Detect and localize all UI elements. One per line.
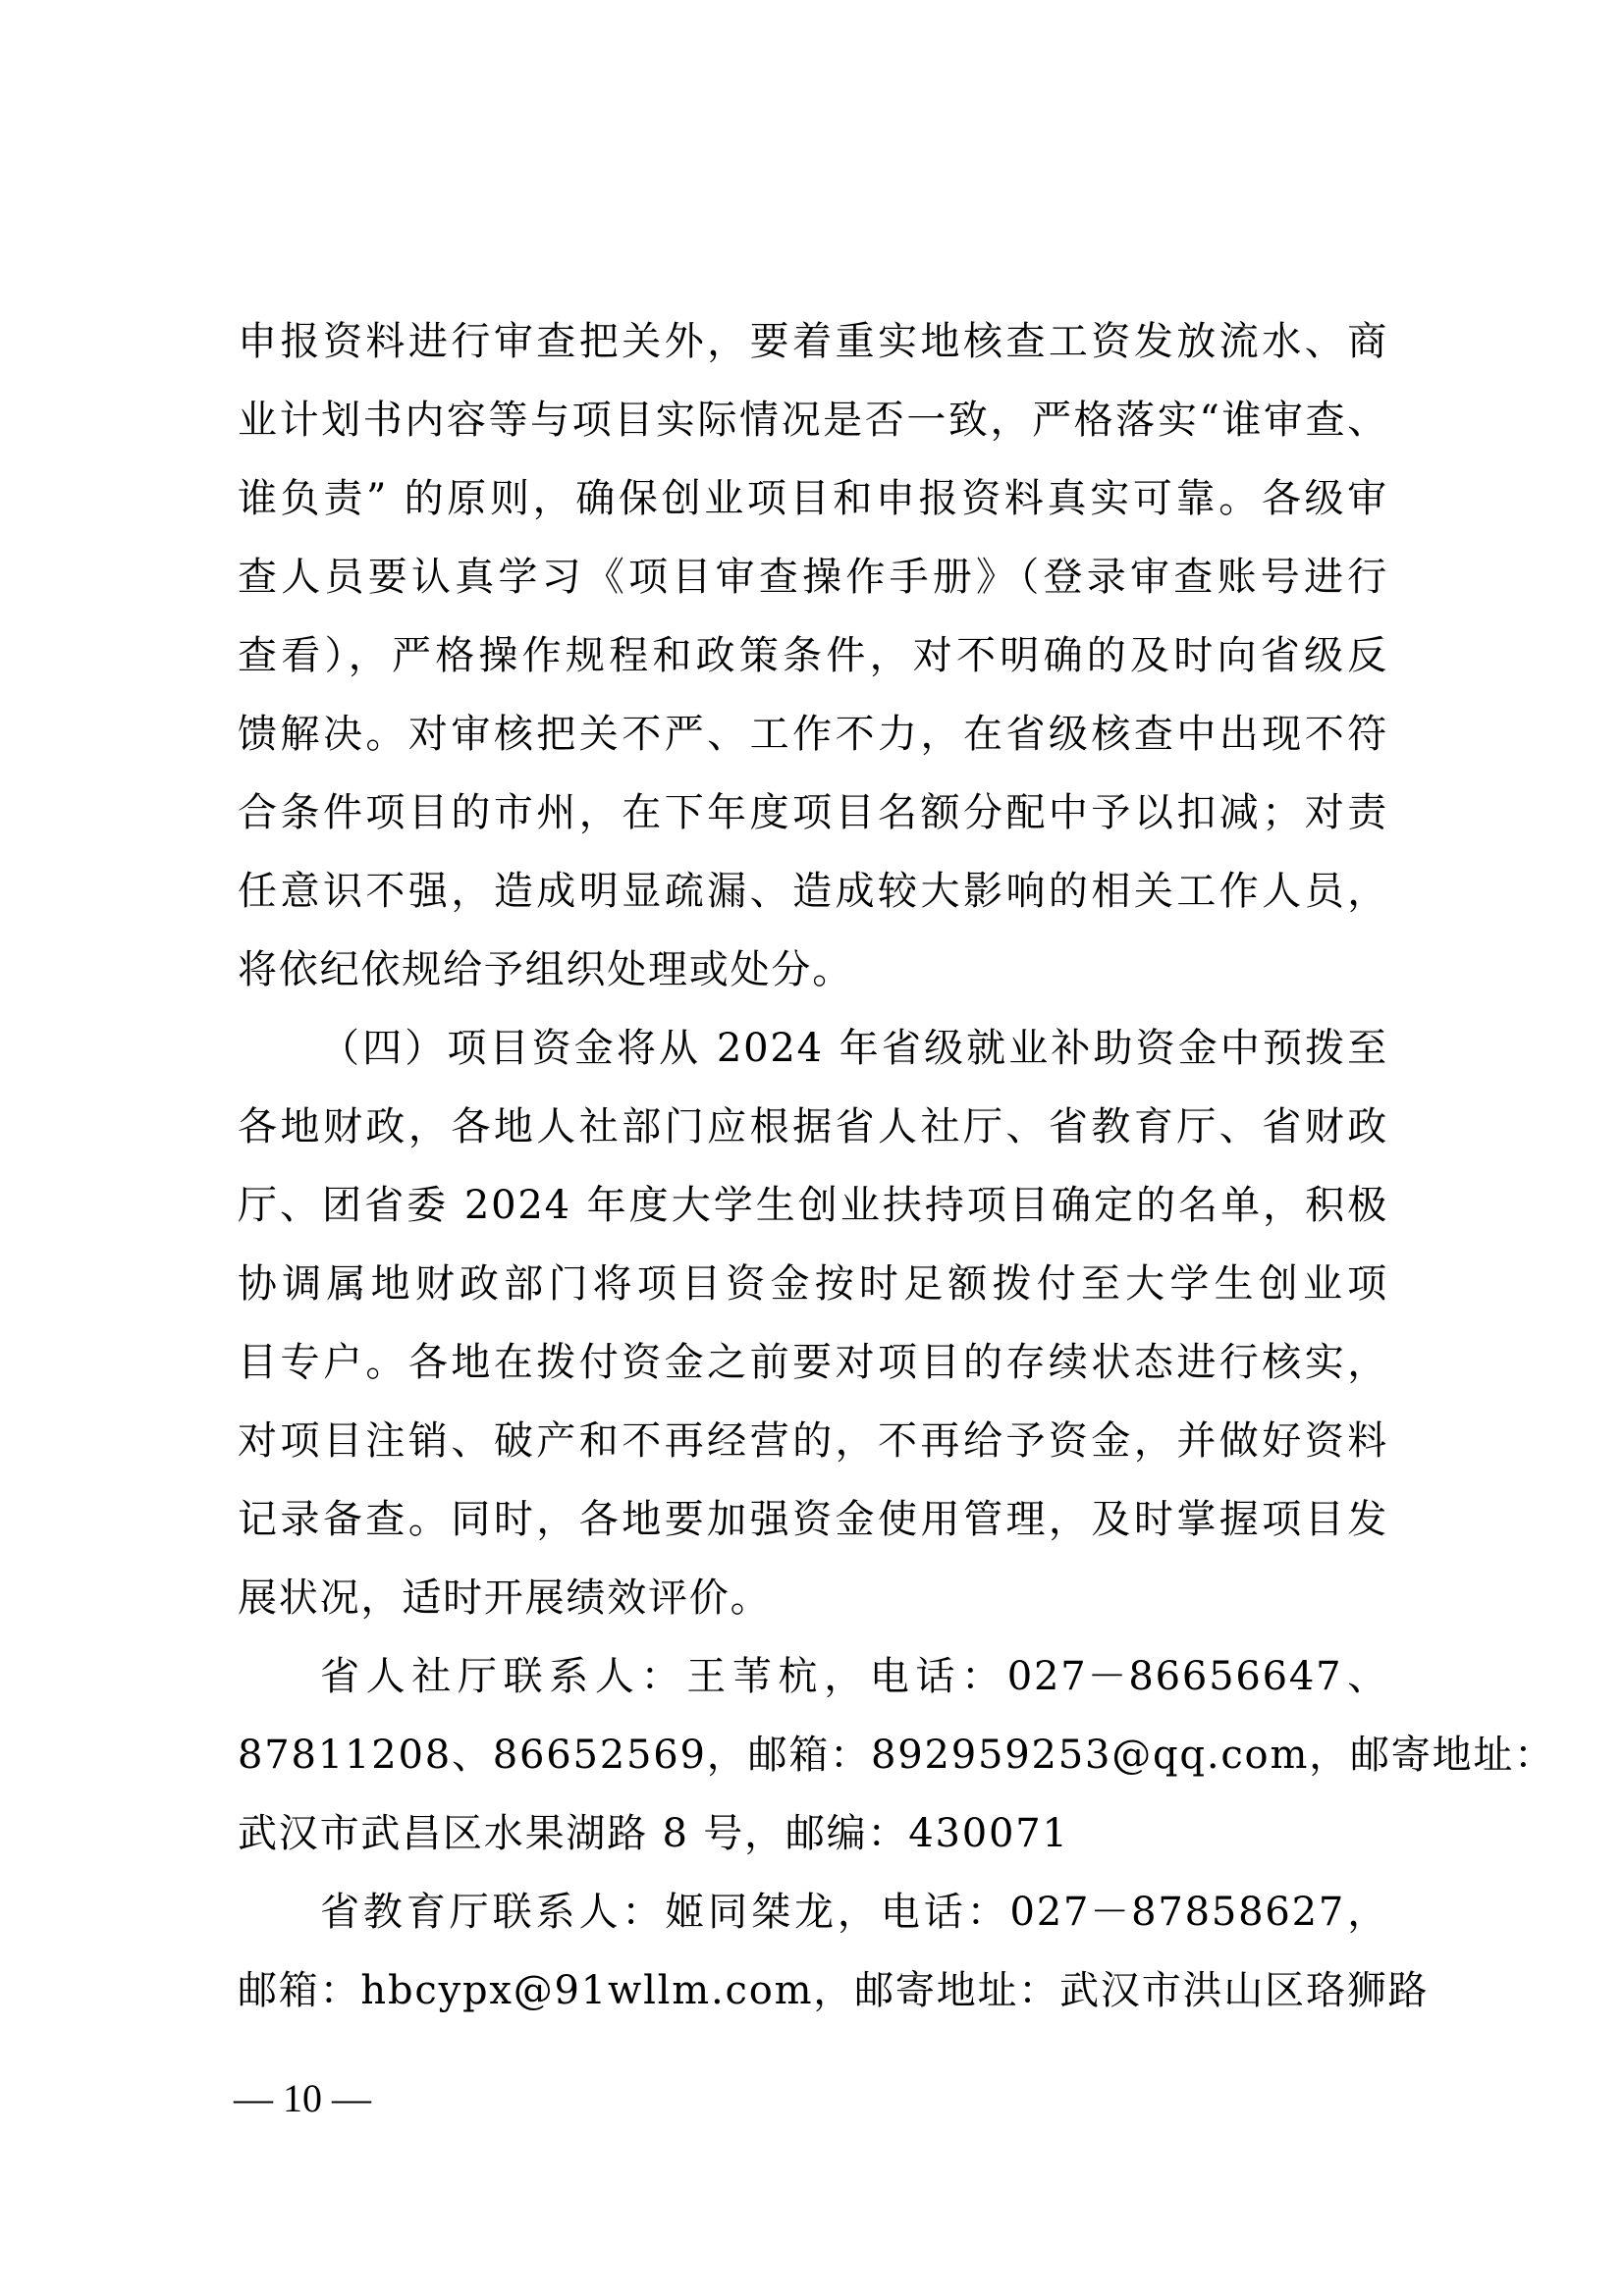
paragraph-line: 馈解决。对审核把关不严、工作不力，在省级核查中出现不符 xyxy=(238,695,1388,774)
paragraph-line: 厅、团省委 2024 年度大学生创业扶持项目确定的名单，积极 xyxy=(238,1166,1388,1245)
paragraph-line: 查看），严格操作规程和政策条件，对不明确的及时向省级反 xyxy=(238,616,1388,695)
paragraph-line: 合条件项目的市州，在下年度项目名额分配中予以扣减；对责 xyxy=(238,774,1388,852)
page-number: — 10 — xyxy=(234,2071,371,2126)
paragraph-line: 申报资料进行审查把关外，要着重实地核查工资发放流水、商 xyxy=(238,302,1388,381)
paragraph-line: 记录备查。同时，各地要加强资金使用管理，及时掌握项目发 xyxy=(238,1480,1388,1559)
paragraph-line: 谁负责” 的原则，确保创业项目和申报资料真实可靠。各级审 xyxy=(238,459,1388,538)
paragraph-line: 任意识不强，造成明显疏漏、造成较大影响的相关工作人员， xyxy=(238,852,1388,931)
paragraph-line: 业计划书内容等与项目实际情况是否一致，严格落实“谁审查、 xyxy=(238,381,1388,459)
paragraph-line: 展状况，适时开展绩效评价。 xyxy=(238,1559,1388,1637)
section-four-heading-line: （四）项目资金将从 2024 年省级就业补助资金中预拨至 xyxy=(320,1009,1388,1088)
paragraph-line: 将依纪依规给予组织处理或处分。 xyxy=(238,931,1388,1009)
paragraph-line: 协调属地财政部门将项目资金按时足额拨付至大学生创业项 xyxy=(238,1245,1388,1323)
paragraph-line: 查人员要认真学习《项目审查操作手册》（登录审查账号进行 xyxy=(238,538,1388,616)
contact-education-line: 邮箱：hbcypx@91wllm.com，邮寄地址：武汉市洪山区珞狮路 xyxy=(238,1951,1388,2030)
document-page: 申报资料进行审查把关外，要着重实地核查工资发放流水、商 业计划书内容等与项目实际… xyxy=(0,0,1624,2296)
contact-education-line: 省教育厅联系人：姬同桀龙，电话：027－87858627， xyxy=(320,1873,1388,1951)
paragraph-line: 目专户。各地在拨付资金之前要对项目的存续状态进行核实， xyxy=(238,1323,1388,1402)
contact-hrss-line: 省人社厅联系人：王苇杭，电话：027－86656647、 xyxy=(320,1637,1388,1716)
contact-hrss-address: 武汉市武昌区水果湖路 8 号，邮编：430071 xyxy=(238,1794,1388,1873)
paragraph-line: 各地财政，各地人社部门应根据省人社厅、省教育厅、省财政 xyxy=(238,1088,1388,1166)
paragraph-line: 对项目注销、破产和不再经营的，不再给予资金，并做好资料 xyxy=(238,1402,1388,1480)
contact-hrss-line: 87811208、86652569，邮箱：892959253@qq.com，邮寄… xyxy=(238,1716,1388,1794)
